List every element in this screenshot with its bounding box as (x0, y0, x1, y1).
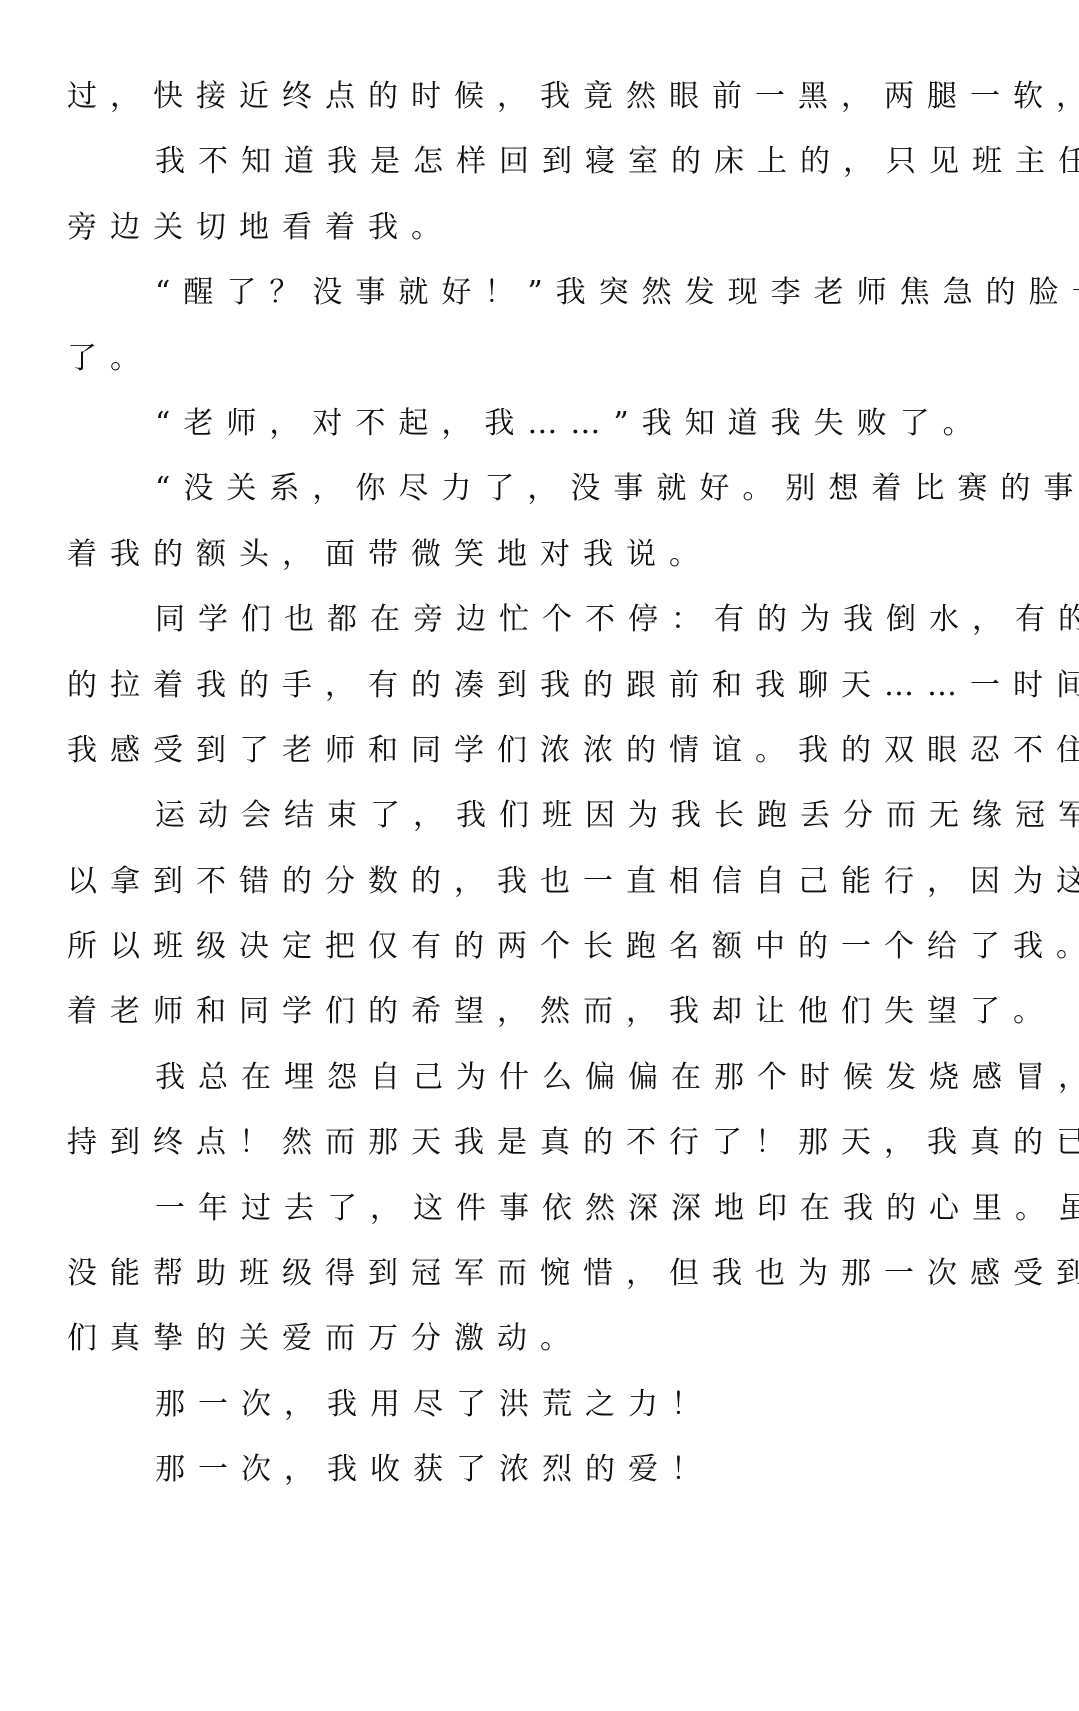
text-line: 以拿到不错的分数的，我也一直相信自己能行，因为这是我的强项， (67, 859, 1039, 924)
text-line: 过，快接近终点的时候，我竟然眼前一黑，两腿一软，倒了下去…… (67, 74, 1039, 139)
text-line: 我感受到了老师和同学们浓浓的情谊。我的双眼忍不住模糊了。 (67, 728, 1039, 793)
text-line: 持到终点！然而那天我是真的不行了！那天，我真的已经用尽全力了！ (67, 1120, 1039, 1185)
text-line: 没能帮助班级得到冠军而惋惜，但我也为那一次感受到的老师和同学 (67, 1251, 1039, 1316)
text-line: 着老师和同学们的希望，然而，我却让他们失望了。 (67, 989, 1039, 1054)
paragraph-start-line: “老师，对不起，我……”我知道我失败了。 (67, 401, 1039, 466)
paragraph-start-line: 我总在埋怨自己为什么偏偏在那个时候发烧感冒，为什么不能坚 (67, 1055, 1039, 1120)
text-line: 的拉着我的手，有的凑到我的跟前和我聊天……一时间，在我的周围， (67, 663, 1039, 728)
closing-line: 那一次，我用尽了洪荒之力！ (67, 1382, 1039, 1447)
paragraph-start-line: 我不知道我是怎样回到寝室的床上的，只见班主任李老师也在我 (67, 139, 1039, 204)
text-line: 着我的额头，面带微笑地对我说。 (67, 532, 1039, 597)
paragraph-start-line: 一年过去了，这件事依然深深地印在我的心里。虽然我为那一次 (67, 1186, 1039, 1251)
text-line: 们真挚的关爱而万分激动。 (67, 1316, 1039, 1381)
document-page: 过，快接近终点的时候，我竟然眼前一黑，两腿一软，倒了下去…… 我不知道我是怎样回… (67, 74, 1039, 1513)
paragraph-start-line: “没关系，你尽力了，没事就好。别想着比赛的事了。”老师轻抚 (67, 466, 1039, 531)
paragraph-start-line: 同学们也都在旁边忙个不停：有的为我倒水，有的为我拿药，有 (67, 597, 1039, 662)
text-line: 所以班级决定把仅有的两个长跑名额中的一个给了我。我的肩上承担 (67, 924, 1039, 989)
closing-line: 那一次，我收获了浓烈的爱！ (67, 1447, 1039, 1512)
text-line: 了。 (67, 336, 1039, 401)
text-line: 旁边关切地看着我。 (67, 205, 1039, 270)
paragraph-start-line: “醒了？没事就好！”我突然发现李老师焦急的脸一下子变得轻松 (67, 270, 1039, 335)
paragraph-start-line: 运动会结束了，我们班因为我长跑丢分而无缘冠军队。本来我可 (67, 793, 1039, 858)
